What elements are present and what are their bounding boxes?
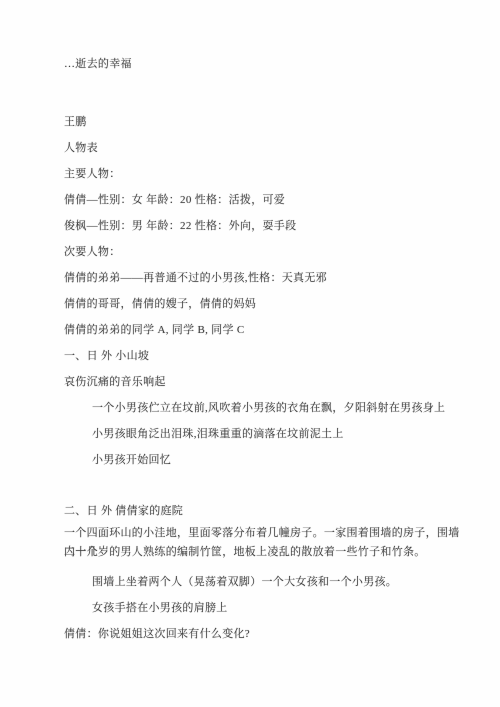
scene-2-heading: 二、日 外 倩倩家的庭院	[64, 498, 464, 524]
document-body: …逝去的幸福王鹏人物表主要人物：倩倩—性别：女 年龄：20 性格：活拨，可爱俊枫…	[0, 0, 500, 707]
character-family: 倩倩的哥哥，倩倩的嫂子，倩倩的妈妈	[64, 291, 464, 317]
scene-1-action-3: 小男孩开始回忆	[64, 447, 464, 473]
scene-1-action-2: 小男孩眼角泛出泪珠,泪珠重重的滴落在坟前泥土上	[64, 421, 464, 447]
character-qianqian: 倩倩—性别：女 年龄：20 性格：活拨，可爱	[64, 187, 464, 213]
scene-2-description-line-1: 一个四面环山的小洼地，里面零落分布着几幢房子。一家围着围墙的房子，围墙内一个	[64, 524, 464, 543]
cast-list-heading: 人物表	[64, 135, 464, 161]
scene-1-heading: 一、日 外 小山坡	[64, 343, 464, 369]
scene-2-dialogue-qianqian: 倩倩：你说姐姐这次回来有什么变化?	[64, 621, 464, 647]
scene-1-action-1: 一个小男孩伫立在坟前,风吹着小男孩的衣角在飘，夕阳斜射在男孩身上	[64, 395, 464, 421]
script-title: …逝去的幸福	[64, 51, 464, 77]
main-characters-heading: 主要人物：	[64, 161, 464, 187]
script-author: 王鹏	[64, 109, 464, 135]
minor-characters-heading: 次要人物：	[64, 239, 464, 265]
scene-2-description-line-2: 二十几岁的男人熟练的编制竹筐，地板上凌乱的散放着一些竹子和竹条。	[64, 543, 464, 562]
scene-1-music-cue: 哀伤沉痛的音乐响起	[64, 369, 464, 395]
character-junfeng: 俊枫—性别：男 年龄：22 性格：外向，耍手段	[64, 213, 464, 239]
script-page: …逝去的幸福王鹏人物表主要人物：倩倩—性别：女 年龄：20 性格：活拨，可爱俊枫…	[0, 0, 500, 707]
scene-2-action-1: 围墙上坐着两个人（晃荡着双脚）一个大女孩和一个小男孩。	[64, 569, 464, 595]
character-brother: 倩倩的弟弟——再普通不过的小男孩,性格：天真无邪	[64, 265, 464, 291]
character-classmates: 倩倩的弟弟的同学 A, 同学 B, 同学 C	[64, 317, 464, 343]
scene-2-action-2: 女孩手搭在小男孩的肩膀上	[64, 595, 464, 621]
